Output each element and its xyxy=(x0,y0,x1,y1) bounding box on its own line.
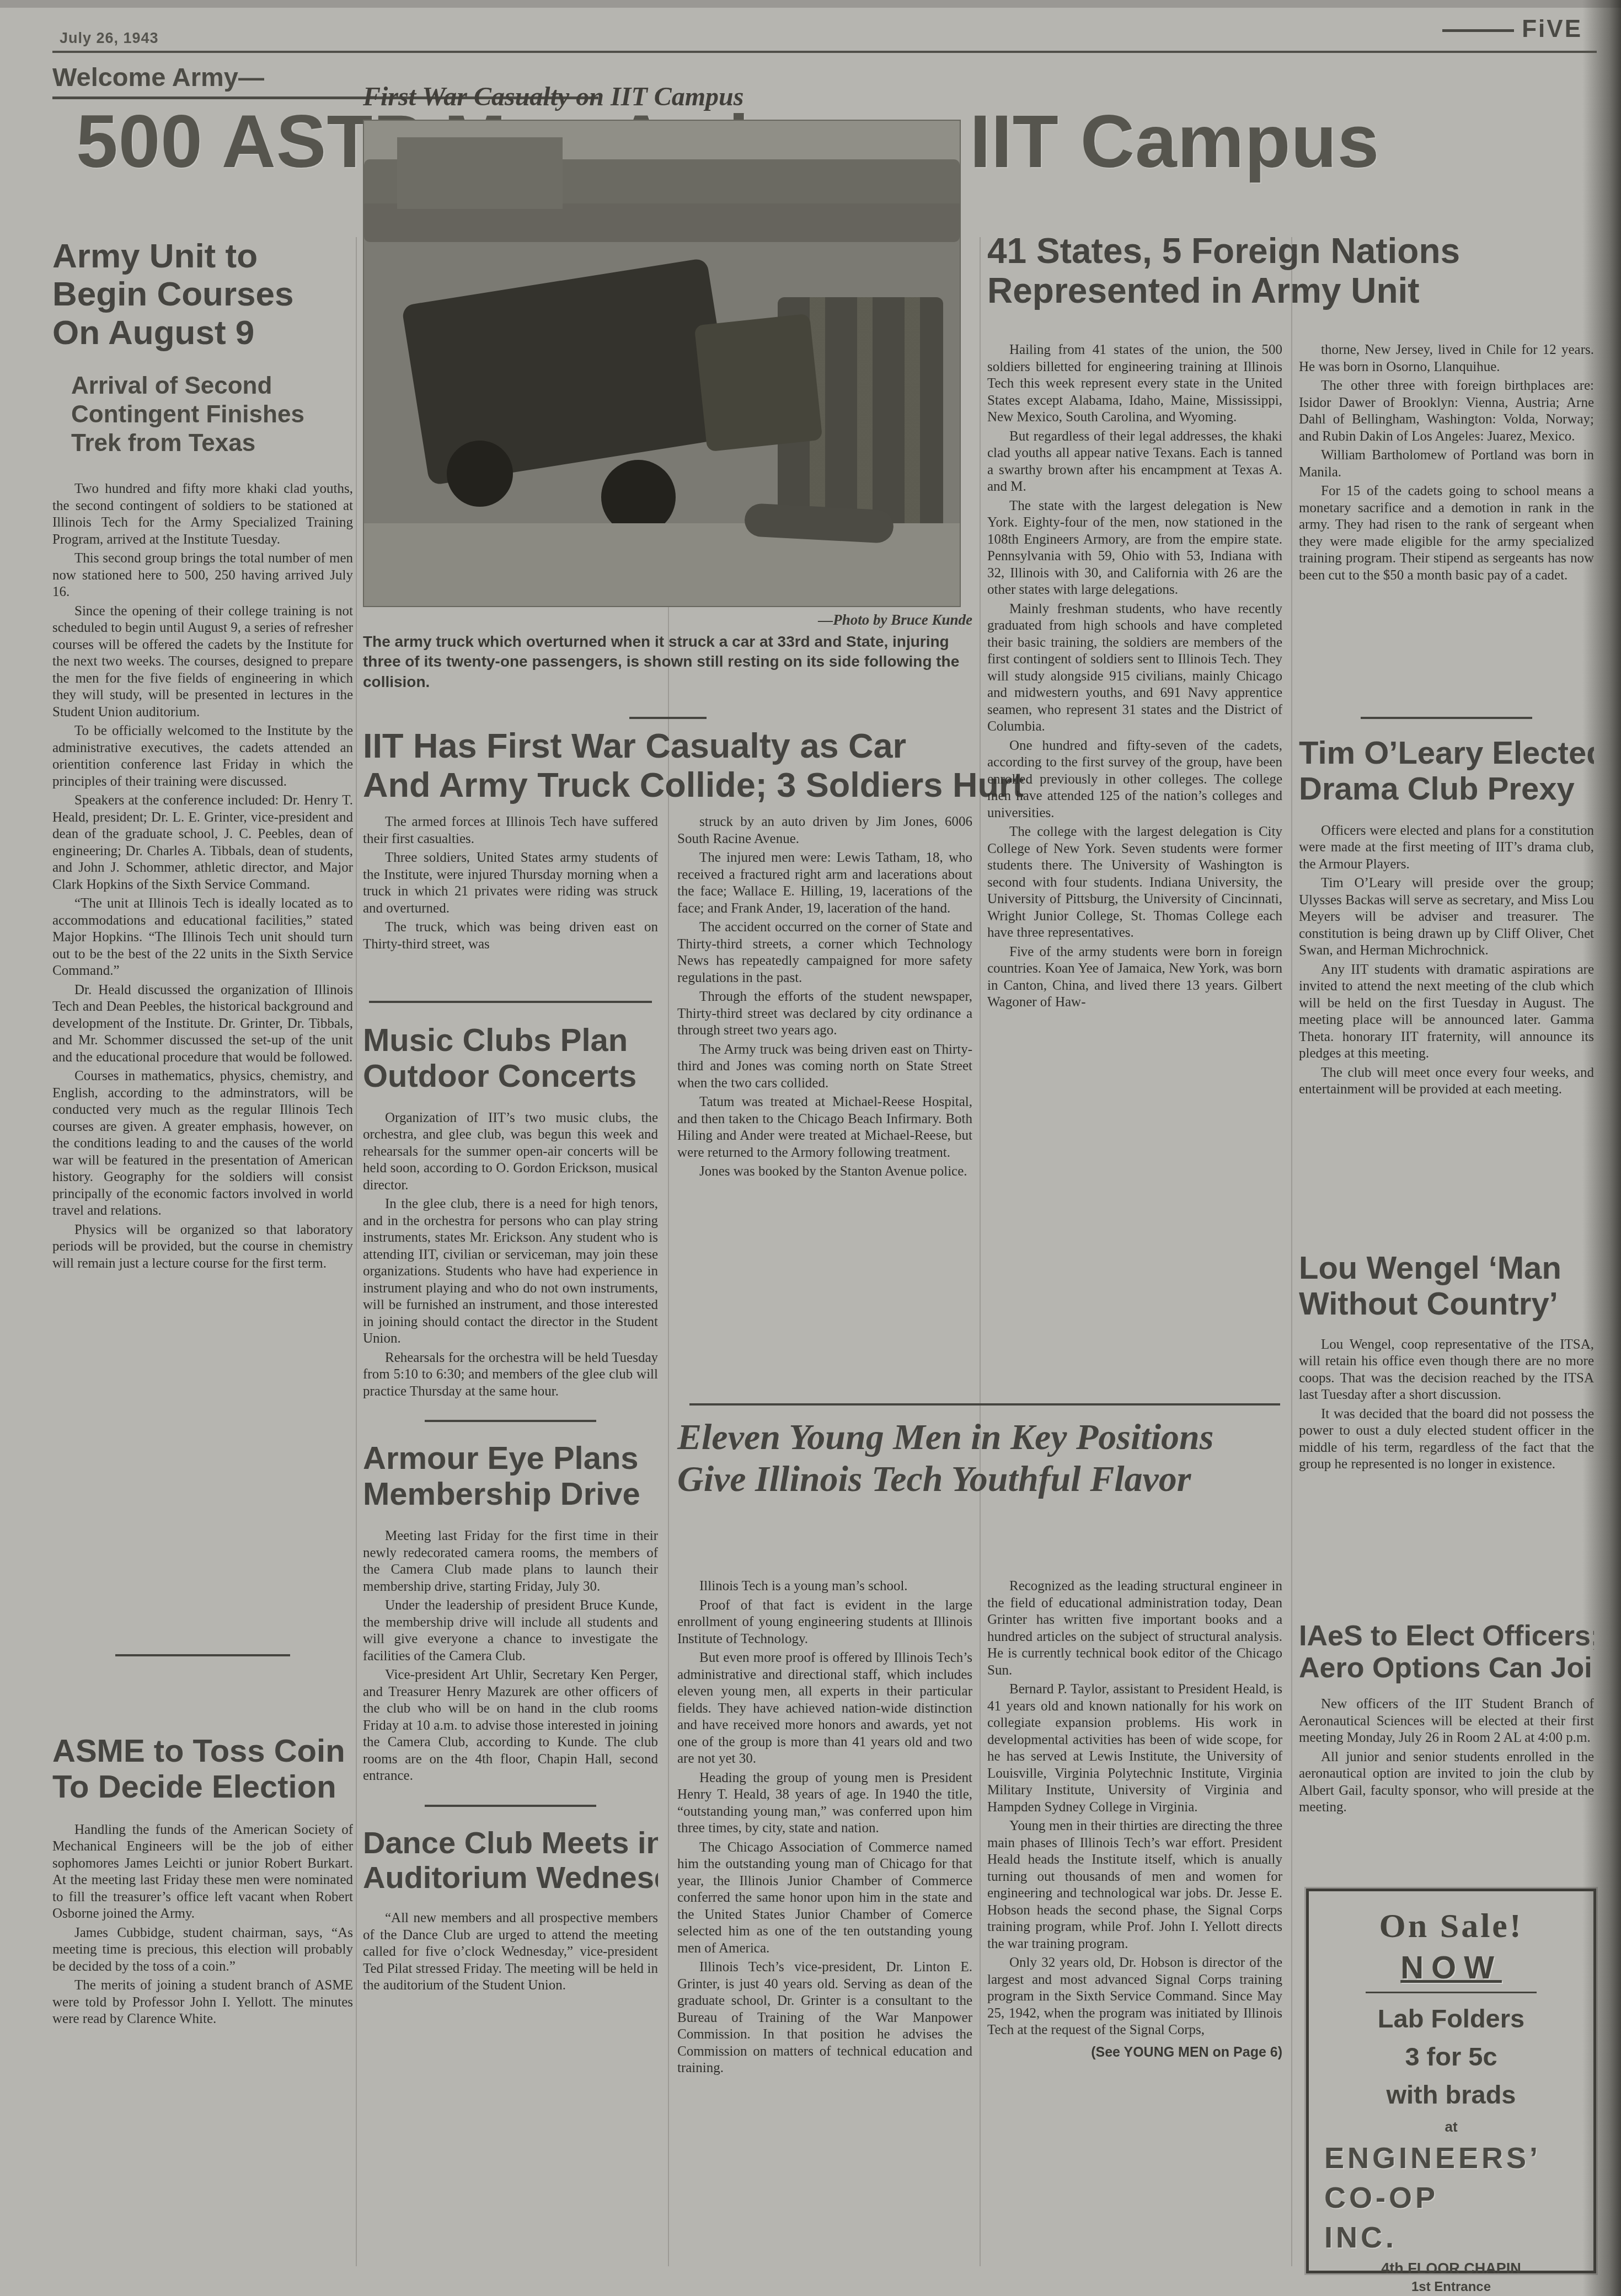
newspaper-page: July 26, 1943 FiVE Welcome Army— 500 AST… xyxy=(0,0,1621,2296)
coop-advertisement: On Sale! NOW Lab Folders 3 for 5c with b… xyxy=(1306,1889,1596,2273)
headline-line: ASME to Toss Coin xyxy=(52,1734,353,1769)
young-men-headline: Eleven Young Men in Key PositionsGive Il… xyxy=(677,1417,1292,1500)
paragraph: Heading the group of young men is Presid… xyxy=(677,1770,972,1837)
headline-line: Give Illinois Tech Youthful Flavor xyxy=(677,1458,1292,1500)
paragraph: “The unit at Illinois Tech is ideally lo… xyxy=(52,895,353,980)
casualty-col-right: struck by an auto driven by Jim Jones, 6… xyxy=(677,814,972,1393)
paragraph: Lou Wengel, coop representative of the I… xyxy=(1299,1337,1594,1404)
headline-line: Begin Courses xyxy=(52,275,353,313)
headline-line: Aero Options Can Join xyxy=(1299,1652,1594,1684)
article-lou-wengel: Lou Wengel ‘ManWithout Country’ Lou Weng… xyxy=(1299,1251,1594,1614)
paragraph: Hailing from 41 states of the union, the… xyxy=(987,342,1282,426)
paragraph: Handling the funds of the American Socie… xyxy=(52,1822,353,1923)
headline-line: Outdoor Concerts xyxy=(363,1059,658,1095)
iaes-headline: IAeS to Elect Officers;Aero Options Can … xyxy=(1299,1620,1594,1684)
lou-wengel-body: Lou Wengel, coop representative of the I… xyxy=(1299,1337,1594,1473)
lou-wengel-headline: Lou Wengel ‘ManWithout Country’ xyxy=(1299,1251,1594,1322)
paragraph: It was decided that the board did not po… xyxy=(1299,1406,1594,1473)
paragraph: The club will meet once every four weeks… xyxy=(1299,1065,1594,1098)
asme-body: Handling the funds of the American Socie… xyxy=(52,1822,353,2028)
paragraph: Since the opening of their college train… xyxy=(52,603,353,721)
ad-now-line: NOW xyxy=(1309,1949,1593,1986)
paragraph: Illinois Tech’s vice-president, Dr. Lint… xyxy=(677,1959,972,2077)
paragraph: Bernard P. Taylor, assistant to Presiden… xyxy=(987,1681,1282,1816)
ad-item-folders: Lab Folders xyxy=(1309,2003,1593,2034)
ad-item-price: 3 for 5c xyxy=(1309,2041,1593,2072)
headline-line: And Army Truck Collide; 3 Soldiers Hurt xyxy=(363,766,972,805)
paragraph: The college with the largest delegation … xyxy=(987,824,1282,942)
casualty-headline: IIT Has First War Casualty as CarAnd Arm… xyxy=(363,727,972,804)
music-headline: Music Clubs PlanOutdoor Concerts xyxy=(363,1023,658,1095)
music-body: Organization of IIT’s two music clubs, t… xyxy=(363,1110,658,1401)
states-col-right: thorne, New Jersey, lived in Chile for 1… xyxy=(1299,342,1594,706)
photo-feature: First War Casualty on IIT Campus —Photo … xyxy=(363,82,972,692)
headline-line: Without Country’ xyxy=(1299,1286,1594,1322)
headline-line: Tim O’Leary Elected xyxy=(1299,736,1594,771)
ad-store-name-3: INC. xyxy=(1309,2220,1593,2255)
iaes-body: New officers of the IIT Student Branch o… xyxy=(1299,1696,1594,1816)
paragraph: Recognized as the leading structural eng… xyxy=(987,1578,1282,1679)
article-army-unit: Army Unit toBegin CoursesOn August 9 Arr… xyxy=(52,237,353,1649)
article-tim-oleary: Tim O’Leary ElectedDrama Club Prexy Offi… xyxy=(1299,717,1594,1241)
ad-sale-line: On Sale! xyxy=(1309,1907,1593,1946)
ad-divider xyxy=(1366,1992,1537,1993)
paragraph: Two hundred and fifty more khaki clad yo… xyxy=(52,481,353,548)
continuation-note: (See YOUNG MEN on Page 6) xyxy=(987,2045,1282,2061)
masthead-rule xyxy=(52,51,1597,53)
paragraph: Courses in mathematics, physics, chemist… xyxy=(52,1068,353,1220)
article-states: 41 States, 5 Foreign NationsRepresented … xyxy=(987,232,1599,310)
paragraph: William Bartholomew of Portland was born… xyxy=(1299,447,1594,481)
paragraph: The truck, which was being driven east o… xyxy=(363,919,658,953)
headline-line: To Decide Election xyxy=(52,1769,353,1805)
article-casualty: IIT Has First War Casualty as CarAnd Arm… xyxy=(363,717,972,804)
paragraph: The Army truck was being driven east on … xyxy=(677,1042,972,1092)
photo-wheel-shape xyxy=(447,441,513,507)
ad-at-line: at xyxy=(1309,2118,1593,2136)
ad-item-brads: with brads xyxy=(1309,2079,1593,2110)
section-divider xyxy=(689,1403,1280,1406)
paragraph: Tim O’Leary will preside over the group;… xyxy=(1299,875,1594,959)
paragraph: The merits of joining a student branch o… xyxy=(52,1977,353,2028)
headline-line: Drama Club Prexy xyxy=(1299,771,1594,807)
headline-line: 41 States, 5 Foreign Nations xyxy=(987,232,1599,271)
dance-headline: Dance Club Meets inAuditorium Wednesday xyxy=(363,1826,658,1895)
states-col-left: Hailing from 41 states of the union, the… xyxy=(987,342,1282,1403)
casualty-col-left: The armed forces at Illinois Tech have s… xyxy=(363,814,658,996)
paragraph: James Cubbidge, student chairman, says, … xyxy=(52,1925,353,1976)
armour-eye-headline: Armour Eye PlansMembership Drive xyxy=(363,1441,658,1512)
young-men-col-right: Recognized as the leading structural eng… xyxy=(987,1578,1282,2289)
paragraph: The other three with foreign birthplaces… xyxy=(1299,378,1594,445)
section-divider xyxy=(369,1001,652,1003)
article-dance: Dance Club Meets inAuditorium Wednesday … xyxy=(363,1826,658,1994)
armour-eye-body: Meeting last Friday for the first time i… xyxy=(363,1528,658,1785)
paragraph: The armed forces at Illinois Tech have s… xyxy=(363,814,658,847)
headline-line: Army Unit to xyxy=(52,237,353,275)
paragraph: The state with the largest delegation is… xyxy=(987,498,1282,599)
headline-line: Eleven Young Men in Key Positions xyxy=(677,1417,1292,1458)
column-two-lower: Music Clubs PlanOutdoor Concerts Organiz… xyxy=(363,1001,658,2286)
army-unit-headline: Army Unit toBegin CoursesOn August 9 xyxy=(52,237,353,352)
photo-feature-heading: First War Casualty on IIT Campus xyxy=(363,82,972,112)
tim-oleary-headline: Tim O’Leary ElectedDrama Club Prexy xyxy=(1299,736,1594,807)
paragraph: To be officially welcomed to the Institu… xyxy=(52,723,353,790)
headline-line: IIT Has First War Casualty as Car xyxy=(363,727,972,766)
paragraph: For 15 of the cadets going to school mea… xyxy=(1299,483,1594,584)
paragraph: One hundred and fifty-seven of the cadet… xyxy=(987,738,1282,822)
section-divider xyxy=(1361,717,1532,719)
photo-building-shape xyxy=(397,137,563,209)
headline-line: Dance Club Meets in xyxy=(363,1826,658,1860)
paragraph: Speakers at the conference included: Dr.… xyxy=(52,792,353,893)
army-unit-body: Two hundred and fifty more khaki clad yo… xyxy=(52,481,353,1272)
paragraph: Three soldiers, United States army stude… xyxy=(363,850,658,917)
paragraph: The injured men were: Lewis Tatham, 18, … xyxy=(677,850,972,917)
headline-line: Armour Eye Plans xyxy=(363,1441,658,1477)
headline-line: Lou Wengel ‘Man xyxy=(1299,1251,1594,1286)
paragraph: Rehearsals for the orchestra will be hel… xyxy=(363,1350,658,1401)
column-rule xyxy=(1291,237,1292,2266)
issue-date: July 26, 1943 xyxy=(60,30,159,47)
dance-body: “All new members and all prospective mem… xyxy=(363,1910,658,1994)
paragraph: The accident occurred on the corner of S… xyxy=(677,919,972,986)
subhead-line: Arrival of Second xyxy=(71,372,353,400)
paragraph: The Chicago Association of Commerce name… xyxy=(677,1839,972,1957)
paragraph: This second group brings the total numbe… xyxy=(52,550,353,601)
paragraph: Illinois Tech is a young man’s school. xyxy=(677,1578,972,1595)
paragraph: All junior and senior students enrolled … xyxy=(1299,1749,1594,1816)
article-armour-eye: Armour Eye PlansMembership Drive Meeting… xyxy=(363,1441,658,1784)
paragraph: Jones was booked by the Stanton Avenue p… xyxy=(677,1163,972,1181)
paragraph: Under the leadership of president Bruce … xyxy=(363,1597,658,1665)
paragraph: Five of the army students were born in f… xyxy=(987,944,1282,1011)
subhead-line: Trek from Texas xyxy=(71,429,353,458)
paragraph: New officers of the IIT Student Branch o… xyxy=(1299,1696,1594,1747)
article-iaes: IAeS to Elect Officers;Aero Options Can … xyxy=(1299,1620,1594,1879)
paragraph: Any IIT students with dramatic aspiratio… xyxy=(1299,962,1594,1063)
young-men-col-left: Illinois Tech is a young man’s school.Pr… xyxy=(677,1578,972,2289)
article-music: Music Clubs PlanOutdoor Concerts Organiz… xyxy=(363,1023,658,1400)
headline-line: Auditorium Wednesday xyxy=(363,1860,658,1895)
paragraph: Mainly freshman students, who have recen… xyxy=(987,601,1282,736)
scan-top-edge xyxy=(0,0,1621,8)
young-men-col-right-body: Recognized as the leading structural eng… xyxy=(987,1578,1282,2039)
paragraph: Through the efforts of the student newsp… xyxy=(677,989,972,1039)
states-headline: 41 States, 5 Foreign NationsRepresented … xyxy=(987,232,1599,310)
section-divider xyxy=(425,1420,596,1422)
paragraph: “All new members and all prospective mem… xyxy=(363,1910,658,1994)
ad-entrance: 1st Entrance xyxy=(1309,2279,1593,2295)
page-number-label: FiVE xyxy=(1522,15,1582,42)
page-number: FiVE xyxy=(1442,15,1582,43)
photo-overturned-truck-shape xyxy=(402,258,735,486)
paragraph: struck by an auto driven by Jim Jones, 6… xyxy=(677,814,972,847)
paragraph: Proof of that fact is evident in the lar… xyxy=(677,1597,972,1648)
paragraph: Physics will be organized so that labora… xyxy=(52,1222,353,1273)
paragraph: Officers were elected and plans for a co… xyxy=(1299,823,1594,873)
column-rule xyxy=(980,237,981,2266)
photo-credit: —Photo by Bruce Kunde xyxy=(363,611,972,629)
paragraph: Dr. Heald discussed the organization of … xyxy=(52,982,353,1066)
headline-line: Membership Drive xyxy=(363,1477,658,1512)
photo-truck-cab-shape xyxy=(694,314,823,452)
paragraph: thorne, New Jersey, lived in Chile for 1… xyxy=(1299,342,1594,375)
ad-store-name-2: CO-OP xyxy=(1309,2181,1593,2215)
paragraph: Organization of IIT’s two music clubs, t… xyxy=(363,1110,658,1194)
paragraph: Only 32 years old, Dr. Hobson is directo… xyxy=(987,1955,1282,2039)
paragraph: In the glee club, there is a need for hi… xyxy=(363,1196,658,1348)
headline-line: Music Clubs Plan xyxy=(363,1023,658,1059)
column-rule xyxy=(356,237,357,2266)
paragraph: But even more proof is offered by Illino… xyxy=(677,1650,972,1768)
dash-icon xyxy=(1442,29,1514,32)
article-asme: ASME to Toss CoinTo Decide Election Hand… xyxy=(52,1654,353,2272)
ad-location: 4th FLOOR CHAPIN xyxy=(1309,2260,1593,2277)
subhead-line: Contingent Finishes xyxy=(71,400,353,429)
photo-caption: The army truck which overturned when it … xyxy=(363,632,972,692)
ad-store-name-1: ENGINEERS’ xyxy=(1309,2141,1593,2175)
paragraph: But regardless of their legal addresses,… xyxy=(987,428,1282,496)
paragraph: Young men in their thirties are directin… xyxy=(987,1818,1282,1952)
paragraph: Tatum was treated at Michael-Reese Hospi… xyxy=(677,1094,972,1161)
section-divider xyxy=(425,1805,596,1807)
section-divider xyxy=(115,1654,290,1656)
asme-headline: ASME to Toss CoinTo Decide Election xyxy=(52,1734,353,1805)
headline-line: Represented in Army Unit xyxy=(987,271,1599,311)
army-unit-subhead: Arrival of SecondContingent FinishesTrek… xyxy=(71,372,353,458)
headline-line: IAeS to Elect Officers; xyxy=(1299,1620,1594,1652)
tim-oleary-body: Officers were elected and plans for a co… xyxy=(1299,823,1594,1098)
news-photo xyxy=(363,120,961,607)
headline-line: On August 9 xyxy=(52,314,353,352)
paragraph: Meeting last Friday for the first time i… xyxy=(363,1528,658,1595)
paragraph: Vice-president Art Uhlir, Secretary Ken … xyxy=(363,1667,658,1785)
article-young-men: Eleven Young Men in Key PositionsGive Il… xyxy=(677,1403,1292,1500)
section-divider xyxy=(629,717,707,719)
